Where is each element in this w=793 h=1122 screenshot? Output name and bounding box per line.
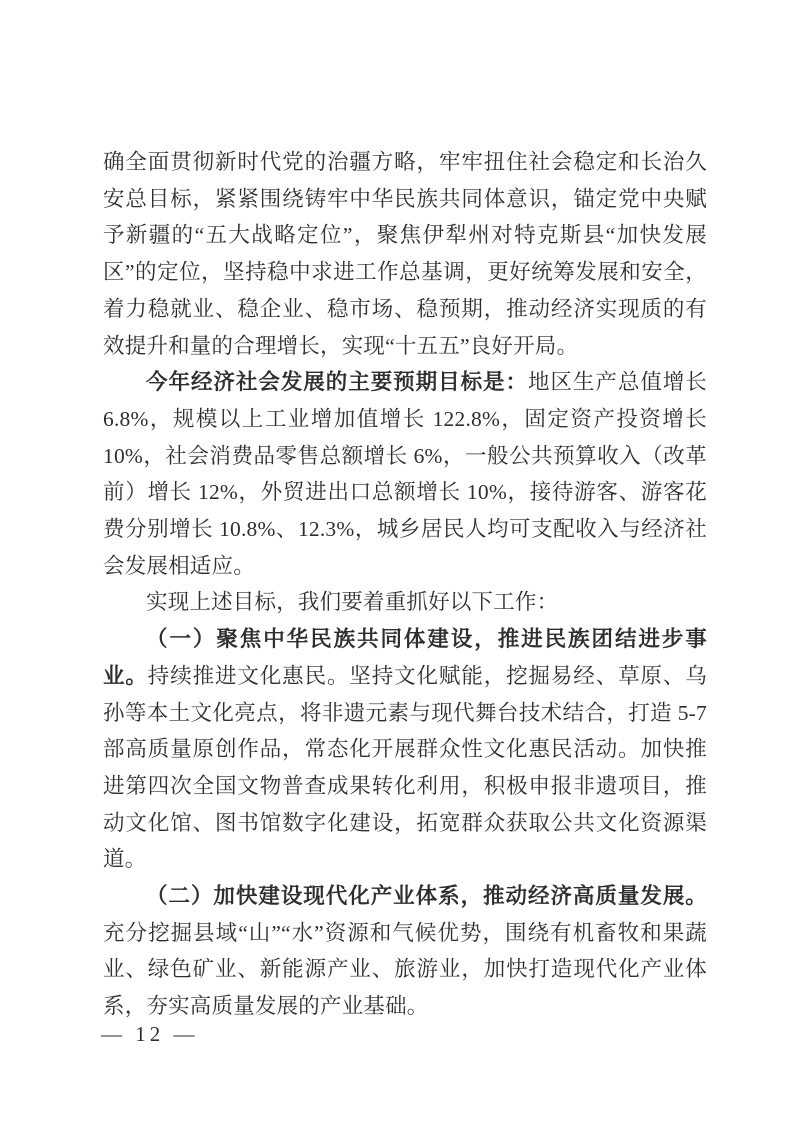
paragraph-section-2: （二）加快建设现代化产业体系，推动经济高质量发展。充分挖掘县域“山”“水”资源和… (103, 878, 707, 1025)
paragraph-goals: 今年经济社会发展的主要预期目标是：地区生产总值增长 6.8%，规模以上工业增加值… (103, 364, 707, 584)
paragraph-continuation: 确全面贯彻新时代党的治疆方略，牢牢扭住社会稳定和长治久安总目标，紧紧围绕铸牢中华… (103, 144, 707, 364)
paragraph-section-1: （一）聚焦中华民族共同体建设，推进民族团结进步事业。持续推进文化惠民。坚持文化赋… (103, 621, 707, 878)
document-body: 确全面贯彻新时代党的治疆方略，牢牢扭住社会稳定和长治久安总目标，紧紧围绕铸牢中华… (103, 144, 707, 1025)
paragraph-transition: 实现上述目标，我们要着重抓好以下工作： (103, 584, 707, 621)
section-heading-bold: （二）加快建设现代化产业体系，推动经济高质量发展。 (146, 884, 707, 908)
paragraph-text: 充分挖掘县域“山”“水”资源和气候优势，围绕有机畜牧和果蔬业、绿色矿业、新能源产… (103, 921, 707, 1018)
paragraph-text: 持续推进文化惠民。坚持文化赋能，挖掘易经、草原、乌孙等本土文化亮点，将非遗元素与… (103, 664, 707, 872)
paragraph-lead-bold: 今年经济社会发展的主要预期目标是： (146, 370, 528, 394)
paragraph-text: 地区生产总值增长 6.8%，规模以上工业增加值增长 122.8%，固定资产投资增… (103, 370, 707, 578)
document-page: 确全面贯彻新时代党的治疆方略，牢牢扭住社会稳定和长治久安总目标，紧紧围绕铸牢中华… (0, 0, 793, 1122)
paragraph-text: 确全面贯彻新时代党的治疆方略，牢牢扭住社会稳定和长治久安总目标，紧紧围绕铸牢中华… (103, 150, 707, 358)
paragraph-text: 实现上述目标，我们要着重抓好以下工作： (146, 590, 558, 614)
page-number: — 12 — (101, 1022, 199, 1047)
